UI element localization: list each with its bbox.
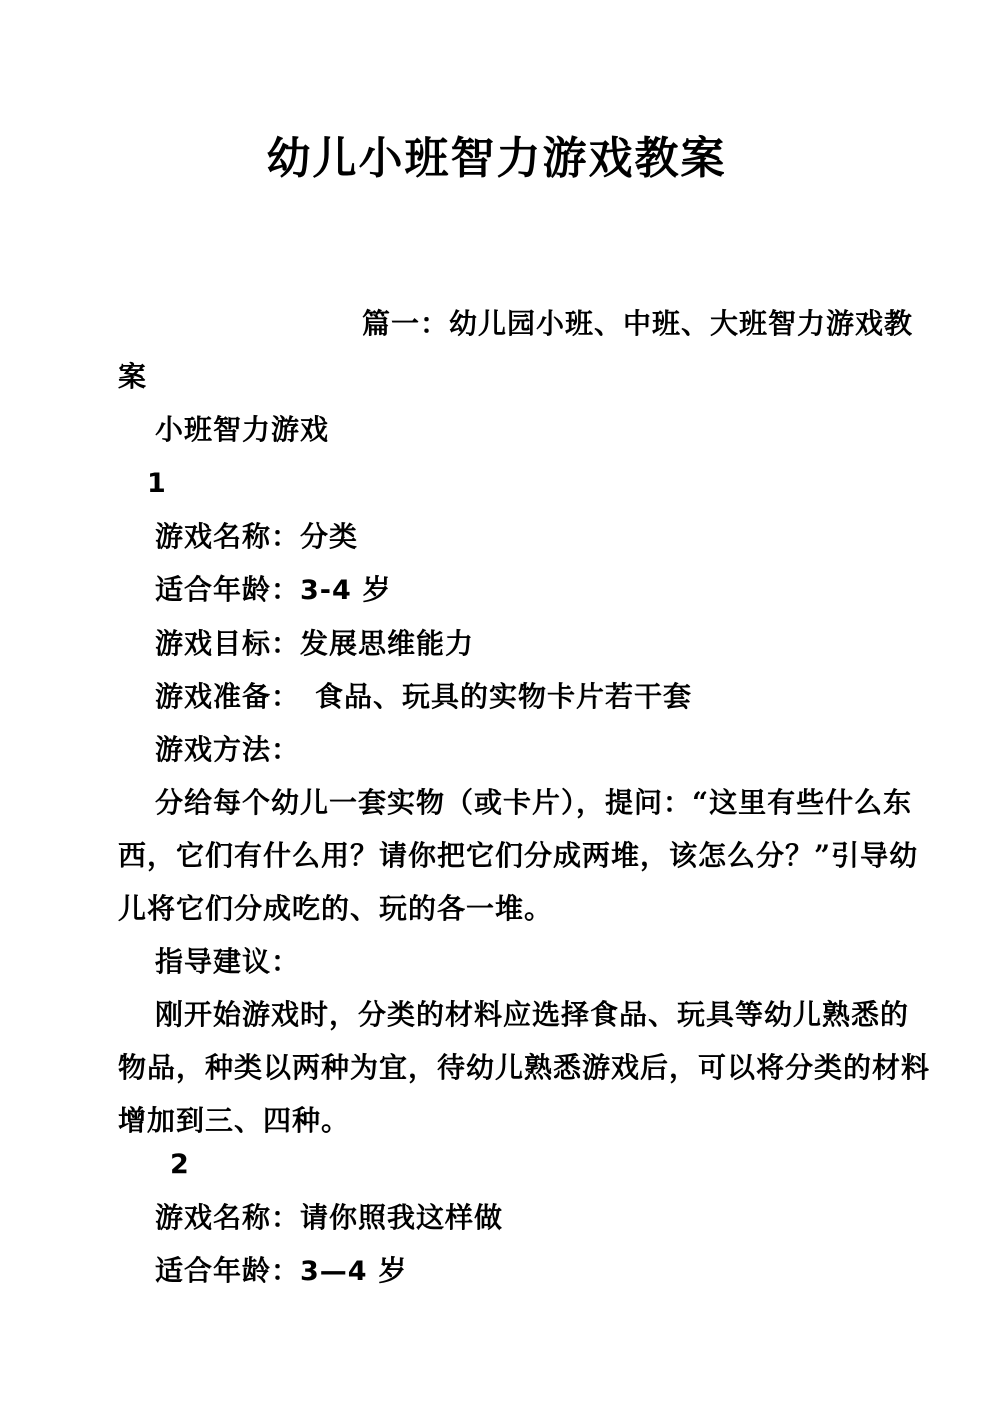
number-text: 3—4 — [300, 1256, 368, 1287]
body-text: 游戏名称：分类 — [155, 520, 358, 553]
text-line: 指导建议： — [118, 935, 880, 988]
body-text: 案 — [118, 360, 147, 393]
body-text: 分给每个幼儿一套实物（或卡片），提问：“这里有些什么东 — [155, 786, 912, 819]
body-text: 刚开始游戏时，分类的材料应选择食品、玩具等幼儿熟悉的 — [155, 998, 909, 1031]
body-text: 物品，种类以两种为宜，待幼儿熟悉游戏后，可以将分类的材料 — [118, 1051, 930, 1084]
text-line: 游戏准备： 食品、玩具的实物卡片若干套 — [118, 670, 880, 723]
text-line: 适合年龄：3—4 岁 — [118, 1244, 880, 1298]
number-text: 2 — [170, 1149, 190, 1180]
text-line: 分给每个幼儿一套实物（或卡片），提问：“这里有些什么东 — [118, 776, 880, 829]
number-text: 1 — [147, 468, 167, 499]
body-text: 增加到三、四种。 — [118, 1104, 350, 1137]
text-line: 刚开始游戏时，分类的材料应选择食品、玩具等幼儿熟悉的 — [118, 988, 880, 1041]
body-text: 岁 — [352, 573, 392, 606]
body-text: 指导建议： — [155, 945, 300, 978]
text-line: 游戏名称：分类 — [118, 510, 880, 563]
text-line: 游戏目标：发展思维能力 — [118, 617, 880, 670]
text-line: 游戏方法： — [118, 723, 880, 776]
text-line: 案 — [118, 350, 880, 403]
body-text: 篇一：幼儿园小班、中班、大班智力游戏教 — [362, 307, 913, 340]
body-text: 游戏目标：发展思维能力 — [155, 627, 474, 660]
body-text: 适合年龄： — [155, 573, 300, 606]
body-text: 西，它们有什么用？请你把它们分成两堆，该怎么分？”引导幼 — [118, 839, 918, 872]
text-line: 1 — [118, 456, 880, 510]
body-text: 小班智力游戏 — [155, 413, 329, 446]
number-text: 3-4 — [300, 575, 352, 606]
body-text: 儿将它们分成吃的、玩的各一堆。 — [118, 892, 553, 925]
text-line: 小班智力游戏 — [118, 403, 880, 456]
text-line: 适合年龄：3-4 岁 — [118, 563, 880, 617]
text-line: 西，它们有什么用？请你把它们分成两堆，该怎么分？”引导幼 — [118, 829, 880, 882]
body-text: 游戏准备： 食品、玩具的实物卡片若干套 — [155, 680, 692, 713]
body-text: 岁 — [368, 1254, 408, 1287]
body-text: 游戏名称：请你照我这样做 — [155, 1201, 503, 1234]
text-line: 儿将它们分成吃的、玩的各一堆。 — [118, 882, 880, 935]
document-page: 幼儿小班智力游戏教案 篇一：幼儿园小班、中班、大班智力游戏教案小班智力游戏1游戏… — [0, 0, 993, 1404]
text-line: 物品，种类以两种为宜，待幼儿熟悉游戏后，可以将分类的材料 — [118, 1041, 880, 1094]
body-text: 游戏方法： — [155, 733, 300, 766]
text-line: 游戏名称：请你照我这样做 — [118, 1191, 880, 1244]
document-body: 篇一：幼儿园小班、中班、大班智力游戏教案小班智力游戏1游戏名称：分类适合年龄：3… — [118, 297, 880, 1298]
text-line: 篇一：幼儿园小班、中班、大班智力游戏教 — [118, 297, 880, 350]
document-title: 幼儿小班智力游戏教案 — [0, 122, 993, 186]
body-text: 适合年龄： — [155, 1254, 300, 1287]
